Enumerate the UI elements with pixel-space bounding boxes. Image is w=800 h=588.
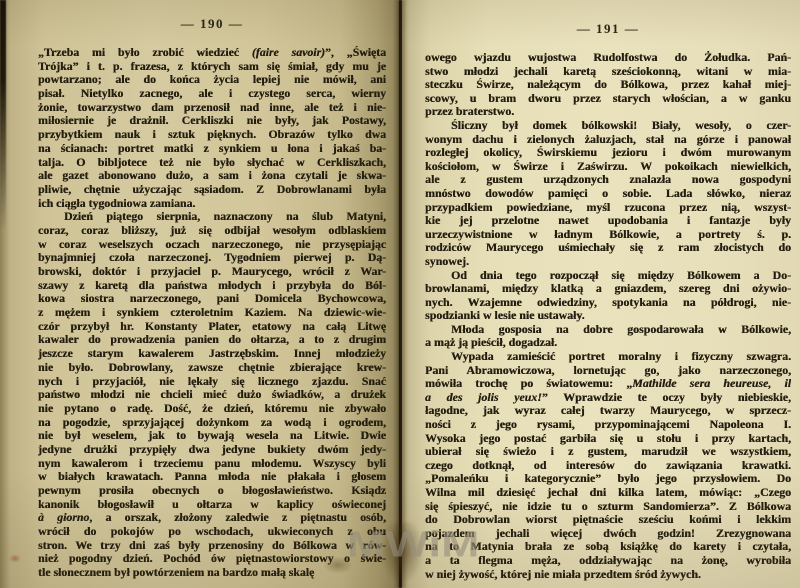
- text-line: urzeczywistnione w ładnym Bólkowie, a po…: [425, 228, 791, 242]
- text-line: łagodne, jak wyraz całej twarzy Mauryceg…: [425, 404, 791, 418]
- left-edge-shadow: [0, 0, 6, 230]
- text-line: synowej.: [425, 255, 791, 269]
- text-line: ale z gustem urządzonych znalazła nowa g…: [425, 173, 791, 187]
- text-line: a des jolis yeux!” Wprawdzie te oczy był…: [425, 391, 791, 405]
- text-line: miłosiernie je drażnił. Cerkliszki nie b…: [38, 114, 386, 128]
- text-line: spodzianki w lesie nie ustawały.: [425, 309, 791, 323]
- text-line: przybytkiem nauk i sztuk pięknych. Obraz…: [38, 128, 386, 142]
- text-line: w niej żywość, której nie miała przedtem…: [425, 568, 791, 582]
- text-line: Od dnia tego rozpoczął się między Bólkow…: [425, 269, 791, 283]
- text-line: Pani Abramowiczowa, lornetując go, jako …: [425, 364, 791, 378]
- text-line: z mężem i synkiem czteroletnim Kaziem. N…: [38, 306, 386, 320]
- paper-speck: [9, 554, 21, 563]
- text-line: w coraz weselszych oczach narzeczonego, …: [38, 238, 386, 252]
- paragraph: Wypada zamieścić portret moralny i fizyc…: [425, 350, 791, 581]
- text-line: na pogodzie, sprzyjającej dożynkom za wo…: [38, 416, 386, 430]
- text-line: coraz, coraz bliższy, już się odbijał we…: [38, 224, 386, 238]
- text-line: a ta flegma męża, oddziaływając na żonę,…: [425, 554, 791, 568]
- page-left: — 190 — „Trzeba mi było zrobić wiedzieć …: [0, 0, 400, 588]
- text-line: pliwie, chętnie użyczając sąsiadom. Z Do…: [38, 183, 386, 197]
- text-line: browski, doktór i przyjaciel p. Mauryceg…: [38, 265, 386, 279]
- text-line: Wypada zamieścić portret moralny i fizyc…: [425, 350, 791, 364]
- paragraph: Młoda gosposia na dobre gospodarowała w …: [425, 323, 791, 350]
- text-line: owego wjazdu wujostwa Rudolfostwa do Żoł…: [425, 51, 791, 65]
- paragraph: Śliczny był domek bólkowski! Biały, weso…: [425, 119, 791, 269]
- text-line: wonym dachu i zielonych żaluzjach, stał …: [425, 133, 791, 147]
- paragraph: Dzień piątego sierpnia, naznaczony na śl…: [38, 210, 386, 580]
- text-line: nie było. Dobrowlany, zawsze chętnie zbi…: [38, 361, 386, 375]
- text-line: kościołom, w Świrze i Zaświrzu. W pokoik…: [425, 160, 791, 174]
- paragraph: „Trzeba mi było zrobić wiedzieć (faire s…: [38, 46, 386, 210]
- text-line: kawaler do prowadzenia panien do ołtarza…: [38, 333, 386, 347]
- gutter-stain: [380, 522, 424, 584]
- text-line: żonie, towarzystwo dam przenosił nad inn…: [38, 101, 386, 115]
- text-line: ale gazet abonowano dużo, a sam i żona c…: [38, 169, 386, 183]
- page-text-left: „Trzeba mi było zrobić wiedzieć (faire s…: [38, 46, 386, 580]
- text-line: przypadkiem powiedziane, myśl rzucona pr…: [425, 201, 791, 215]
- text-line: mówiła trochę po światowemu: „Mathilde s…: [425, 377, 791, 391]
- paragraph: Od dnia tego rozpoczął się między Bólkow…: [425, 269, 791, 323]
- text-line: pojazdem jechali więcej dwóch godzin! Zr…: [425, 527, 791, 541]
- page-number-left: — 190 —: [24, 16, 400, 32]
- page-right: — 191 — owego wjazdu wujostwa Rudolfostw…: [400, 0, 800, 588]
- text-line: kanonik błogosławił u ołtarza w kaplicy …: [38, 498, 386, 512]
- text-line: przez braterstwo.: [425, 105, 791, 119]
- text-line: ich ciągła tygodniowa zamiana.: [38, 197, 386, 211]
- text-line: stron. We trzy dni zaś były przenosiny d…: [38, 539, 386, 553]
- text-line: Śliczny był domek bólkowski! Biały, weso…: [425, 119, 791, 133]
- text-line: rodziców Maurycego uśmiechały się z ram …: [425, 241, 791, 255]
- text-line: wrócił do pokojów po wschodach, ukwiecon…: [38, 525, 386, 539]
- text-line: stwo młodzi jechali karetą sześciokonną,…: [425, 65, 791, 79]
- text-line: talja. O bibljotece też nie było słychać…: [38, 156, 386, 170]
- text-line: nych i przyjaciół, nie lękały się liczne…: [38, 375, 386, 389]
- text-line: bynajmniej czoła narzeczonej. Tygodniem …: [38, 251, 386, 265]
- paragraph: owego wjazdu wujostwa Rudolfostwa do Żoł…: [425, 51, 791, 119]
- text-line: na ścianach: portret matki z synkiem u ł…: [38, 142, 386, 156]
- text-line: czego dotknął, od interesów do zawiązani…: [425, 459, 791, 473]
- page-number-right: — 191 —: [416, 21, 800, 37]
- text-line: nych. Wzajemne odwiedziny, spotykania na…: [425, 296, 791, 310]
- text-line: „Trzeba mi było zrobić wiedzieć (faire s…: [38, 46, 386, 60]
- text-line: powtarzano; ale do końca życia lepiej ni…: [38, 73, 386, 87]
- text-line: na to Matynia brała ze sobą książkę do k…: [425, 540, 791, 554]
- paper-stain: [323, 556, 353, 574]
- text-line: ubierał się świeżo i z gustem, marudził …: [425, 445, 791, 459]
- text-line: nie był weselem, jak to bywają wesela na…: [38, 429, 386, 443]
- book-gutter-crease: [399, 0, 402, 588]
- text-line: pisał. Nietylko zacnego, ale i czystego …: [38, 87, 386, 101]
- text-line: państwo młodzi nie chcieli mieć dużo świ…: [38, 388, 386, 402]
- text-line: Wysoka jego postać garbiła się u stołu i…: [425, 432, 791, 446]
- text-line: Wilna mil dziesięć jechał dni kilka late…: [425, 486, 791, 500]
- text-line: ności z jego rysami, przypominającemi Na…: [425, 418, 791, 432]
- text-line: à giorno, a orszak, złożony zaledwie z p…: [38, 511, 386, 525]
- text-line: czór przybył hr. Konstanty Plater, etato…: [38, 320, 386, 334]
- text-line: nym kawalerom i trzeciemu panu młodemu. …: [38, 457, 386, 471]
- text-line: rozległej okolicy, Świrskiemu jezioru i …: [425, 146, 791, 160]
- text-line: nie pytano o radę. Dość, że dzień, które…: [38, 402, 386, 416]
- text-line: a mąż ją pieścił, dogadzał.: [425, 336, 791, 350]
- text-line: browlanami, między klatką a gniazdem, sz…: [425, 282, 791, 296]
- text-line: mnóstwo dowodów pamięci o sobie. Lada sł…: [425, 187, 791, 201]
- text-line: pewnym prosiła obecnych o błogosławieńst…: [38, 484, 386, 498]
- book-spread: — 190 — „Trzeba mi było zrobić wiedzieć …: [0, 0, 800, 588]
- text-line: szawy z karetą dla państwa młodych i prz…: [38, 279, 386, 293]
- text-line: jedyne drużki przypięły dwa jedyne bukie…: [38, 443, 386, 457]
- text-line: Młoda gosposia na dobre gospodarowała w …: [425, 323, 791, 337]
- page-text-right: owego wjazdu wujostwa Rudolfostwa do Żoł…: [425, 51, 791, 581]
- text-line: jeszcze starym kawalerem Jastrzębskim. I…: [38, 347, 386, 361]
- text-line: w białych krawatach. Panna młoda nie pła…: [38, 470, 386, 484]
- text-line: „Pomaleńku i kategorycznie” było jego pr…: [425, 472, 791, 486]
- text-line: steczku Świrze, należącym do Bólkowa, pr…: [425, 78, 791, 92]
- text-line: scowy, u bram dworu przez starych włości…: [425, 92, 791, 106]
- text-line: kowa siostra narzeczonego, pani Domicela…: [38, 292, 386, 306]
- text-line: kie jej przelotne nawet upodobania i fan…: [425, 214, 791, 228]
- text-line: Dzień piątego sierpnia, naznaczony na śl…: [38, 210, 386, 224]
- text-line: się śpieszyć, nie idzie tu o szturm Sand…: [425, 500, 791, 514]
- text-line: do Dobrowlan wiorst piętnaście sześciu k…: [425, 513, 791, 527]
- text-line: Trójka” i t. p. frazesa, z których sam s…: [38, 60, 386, 74]
